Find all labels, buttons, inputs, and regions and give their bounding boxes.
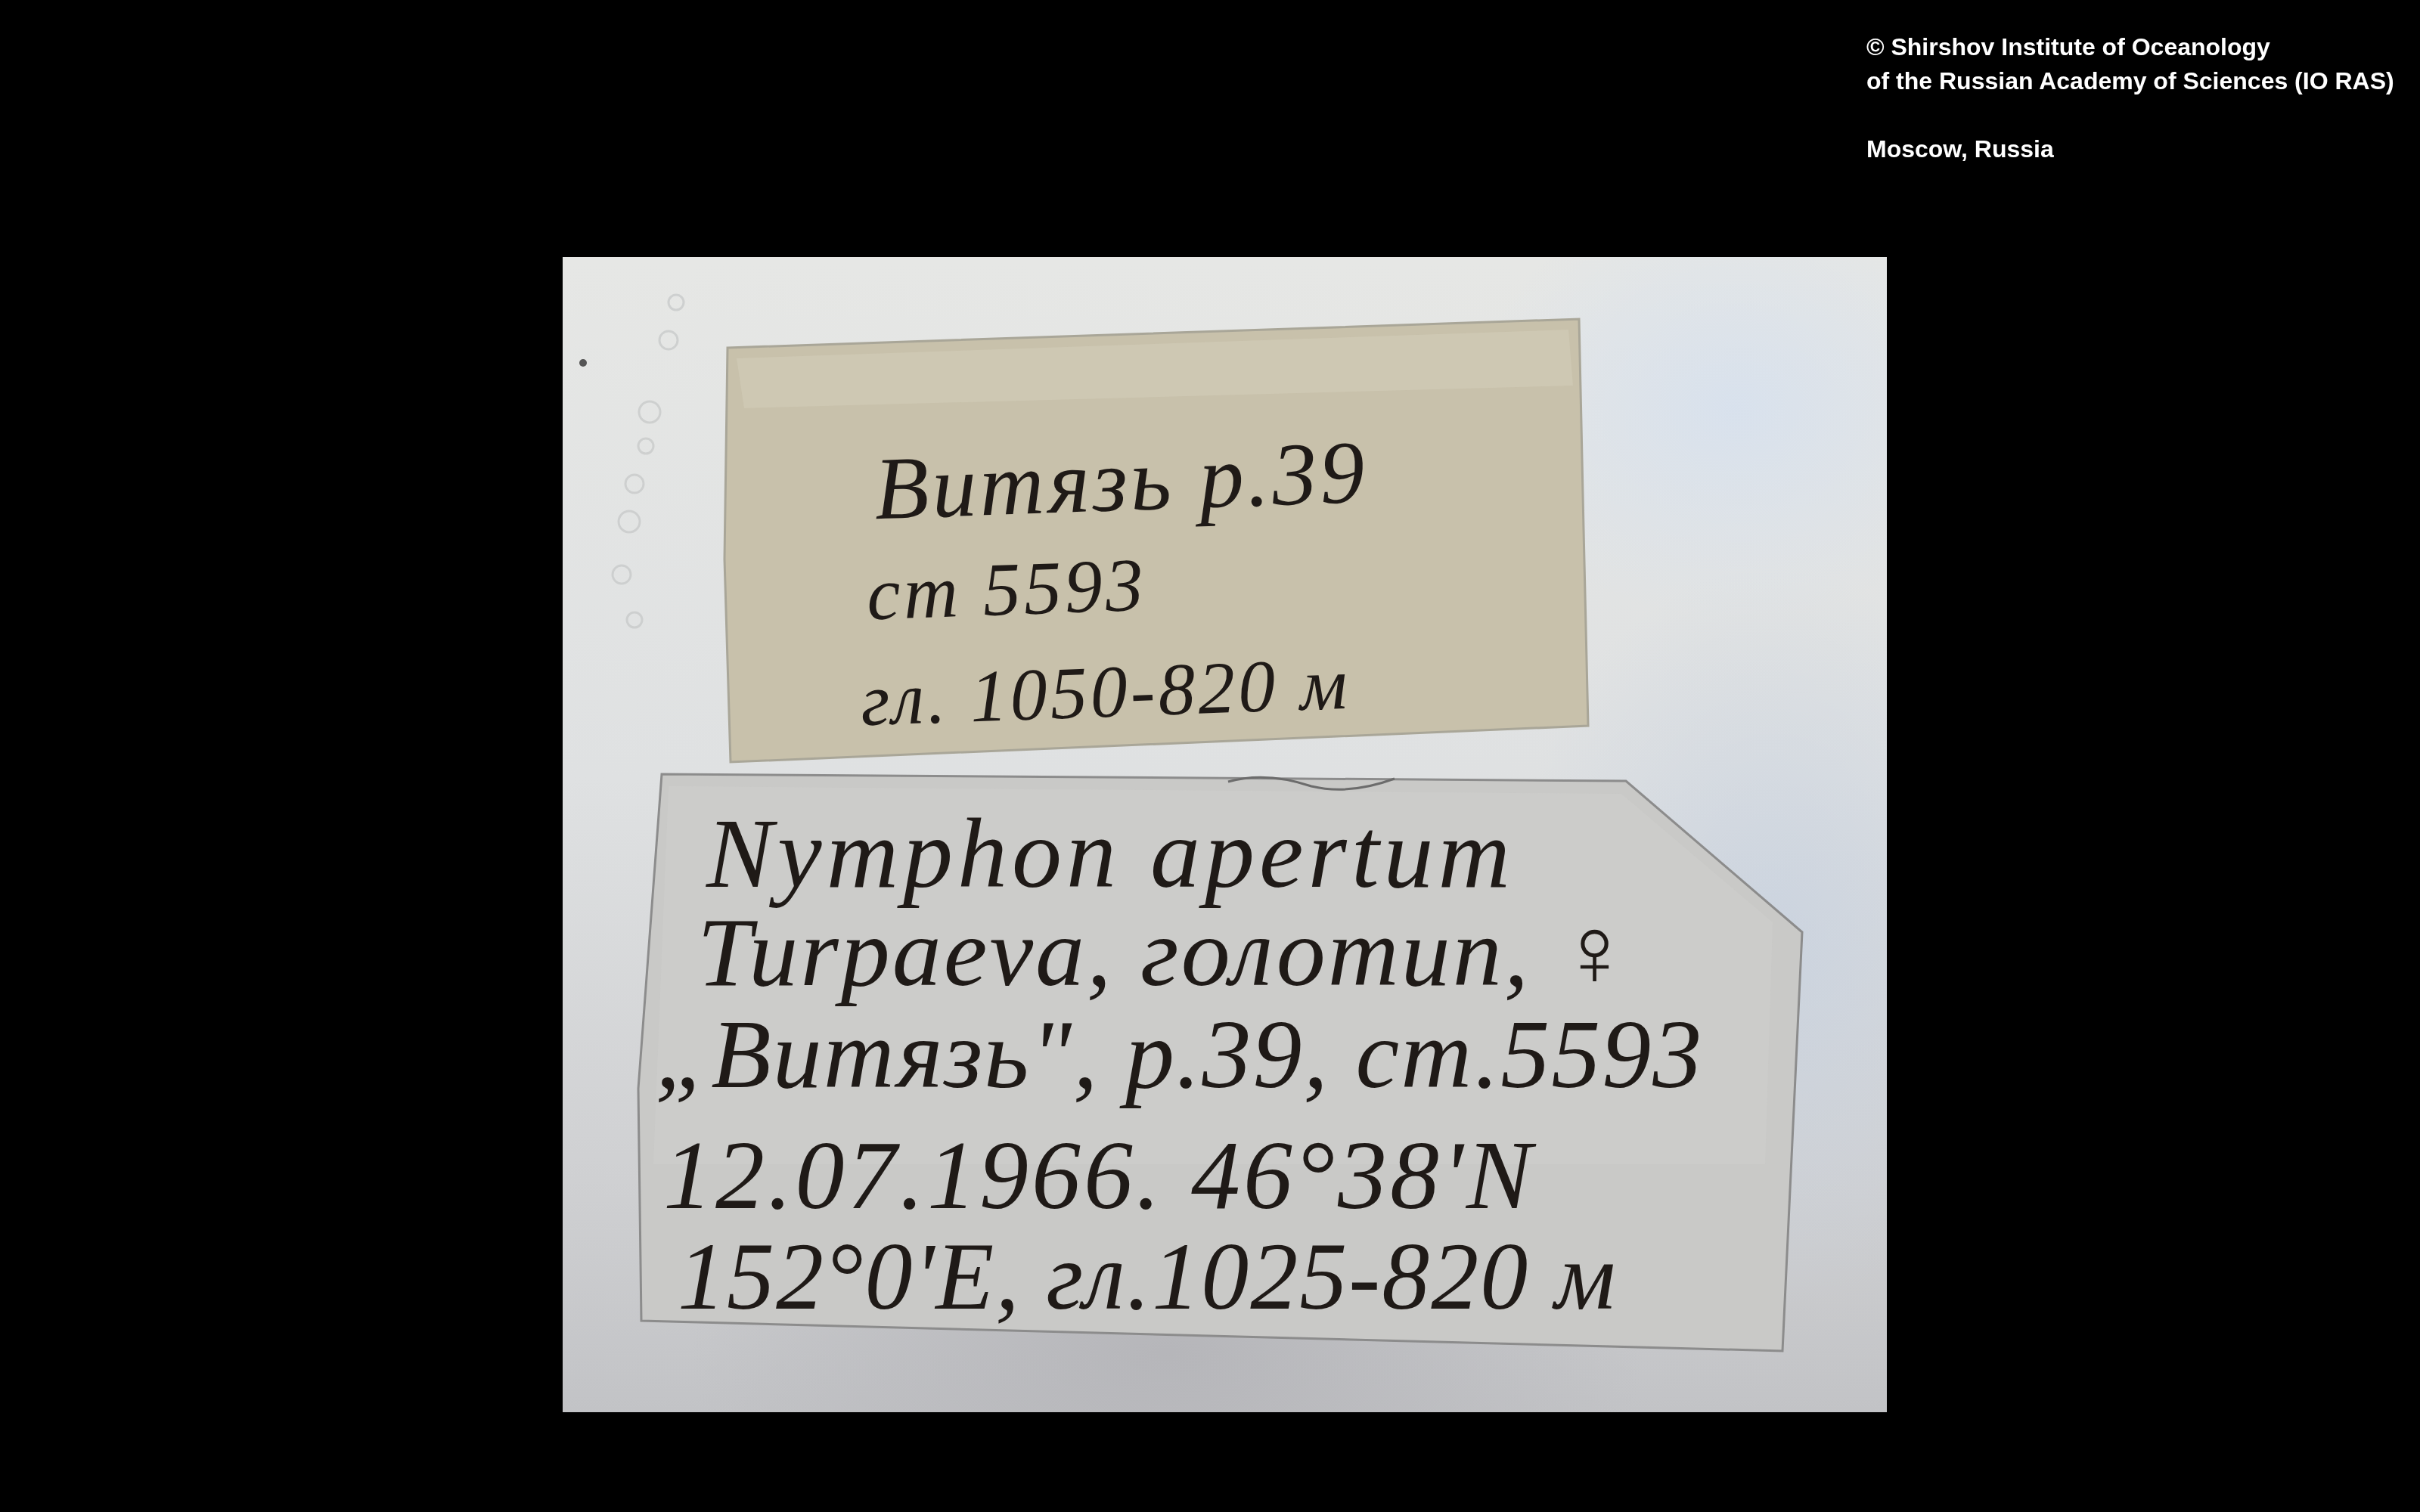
bottom-label-line-4: 12.07.1966. 46°38'N xyxy=(663,1119,1535,1232)
top-label-line-1: Витязь р.39 xyxy=(873,421,1370,541)
credit-line-academy: of the Russian Academy of Sciences (IO R… xyxy=(1866,64,2394,98)
top-label-line-3: гл. 1050-820 м xyxy=(859,642,1351,744)
credit-line-location: Moscow, Russia xyxy=(1866,132,2394,166)
credit-spacer xyxy=(1866,98,2394,132)
bottom-label-line-5: 152°0'E, гл.1025-820 м xyxy=(678,1223,1617,1332)
specimen-label-photo: Витязь р.39 ст 5593 гл. 1050-820 м Nymph… xyxy=(563,257,1887,1412)
credit-line-institute: © Shirshov Institute of Oceanology xyxy=(1866,30,2394,64)
bottom-label-line-1: Nymphon apertum xyxy=(706,795,1515,911)
bottom-label-line-2: Turpaeva, голотип, ♀ xyxy=(697,896,1633,1009)
copyright-caption: © Shirshov Institute of Oceanology of th… xyxy=(1866,30,2394,166)
bottom-label-line-3: „Витязь", р.39, ст.5593 xyxy=(655,998,1703,1111)
droplets-decoration xyxy=(613,295,684,627)
top-label-line-2: ст 5593 xyxy=(865,541,1147,638)
